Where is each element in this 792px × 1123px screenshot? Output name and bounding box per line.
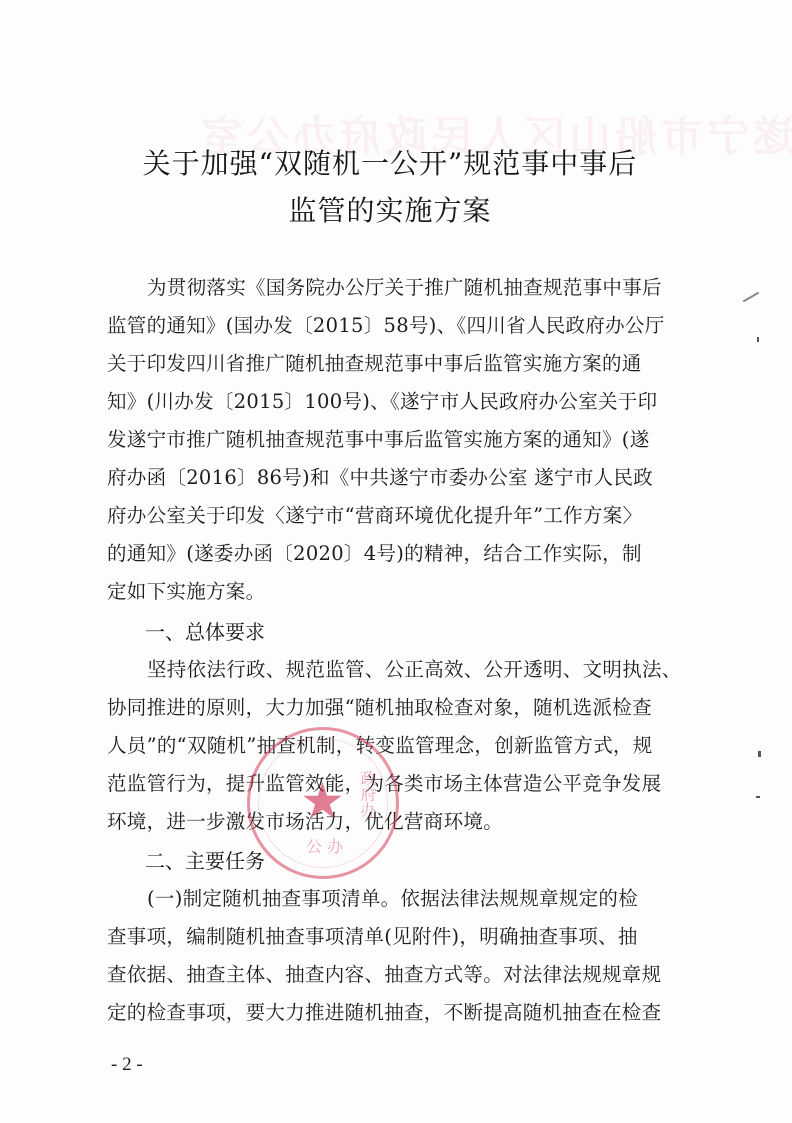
scan-mark <box>757 337 759 342</box>
body-line: 监管的通知》(国办发〔2015〕58号)、《四川省人民政府办公厅 <box>107 313 707 339</box>
body-line: 定如下实施方案。 <box>107 579 707 605</box>
body-line: 协同推进的原则，大力加强“随机抽取检查对象，随机选派检查 <box>107 695 707 721</box>
scan-mark <box>758 751 761 757</box>
body-line: 知》(川办发〔2015〕100号)、《遂宁市人民政府办公室关于印 <box>107 389 707 415</box>
body-line: 关于印发四川省推广随机抽查规范事中事后监管实施方案的通 <box>107 351 707 377</box>
document-title-line-1: 关于加强“双随机一公开”规范事中事后 <box>0 142 786 182</box>
body-line: 人员”的“双随机”抽查机制，转变监管理念，创新监管方式，规 <box>107 733 707 759</box>
seal-inner-text: 公 办 <box>306 834 343 857</box>
body-line: 定的检查事项，要大力推进随机抽查，不断提高随机抽查在检查 <box>107 1000 707 1026</box>
document-page: 遂宁市船山区人民政府办公室 关于加强“双随机一公开”规范事中事后 监管的实施方案… <box>0 0 792 1123</box>
body-line: 为贯彻落实《国务院办公厅关于推广随机抽查规范事中事后 <box>147 275 747 301</box>
body-line: 范监管行为，提升监管效能，为各类市场主体营造公平竞争发展 <box>107 771 707 797</box>
body-line: (一)制定随机抽查事项清单。依据法律法规规章规定的检 <box>147 886 747 912</box>
section-heading-general-requirements: 一、总体要求 <box>145 619 265 645</box>
body-line: 府办公室关于印发〈遂宁市“营商环境优化提升年”工作方案〉 <box>107 503 707 529</box>
body-line: 环境，进一步激发市场活力，优化营商环境。 <box>107 809 707 835</box>
body-line: 的通知》(遂委办函〔2020〕4号)的精神，结合工作实际，制 <box>107 541 707 567</box>
page-number: - 2 - <box>111 1054 143 1076</box>
body-line: 坚持依法行政、规范监管、公正高效、公开透明、文明执法、 <box>147 657 747 683</box>
document-title-line-2: 监管的实施方案 <box>0 189 786 229</box>
scan-mark <box>756 796 760 798</box>
section-heading-main-tasks: 二、主要任务 <box>145 848 265 874</box>
body-line: 查事项，编制随机抽查事项清单(见附件)，明确抽查事项、抽 <box>107 924 707 950</box>
body-line: 府办函〔2016〕86号)和《中共遂宁市委办公室 遂宁市人民政 <box>107 465 707 491</box>
body-line: 发遂宁市推广随机抽查规范事中事后监管实施方案的通知》(遂 <box>107 427 707 453</box>
body-line: 查依据、抽查主体、抽查内容、抽查方式等。对法律法规规章规 <box>107 962 707 988</box>
